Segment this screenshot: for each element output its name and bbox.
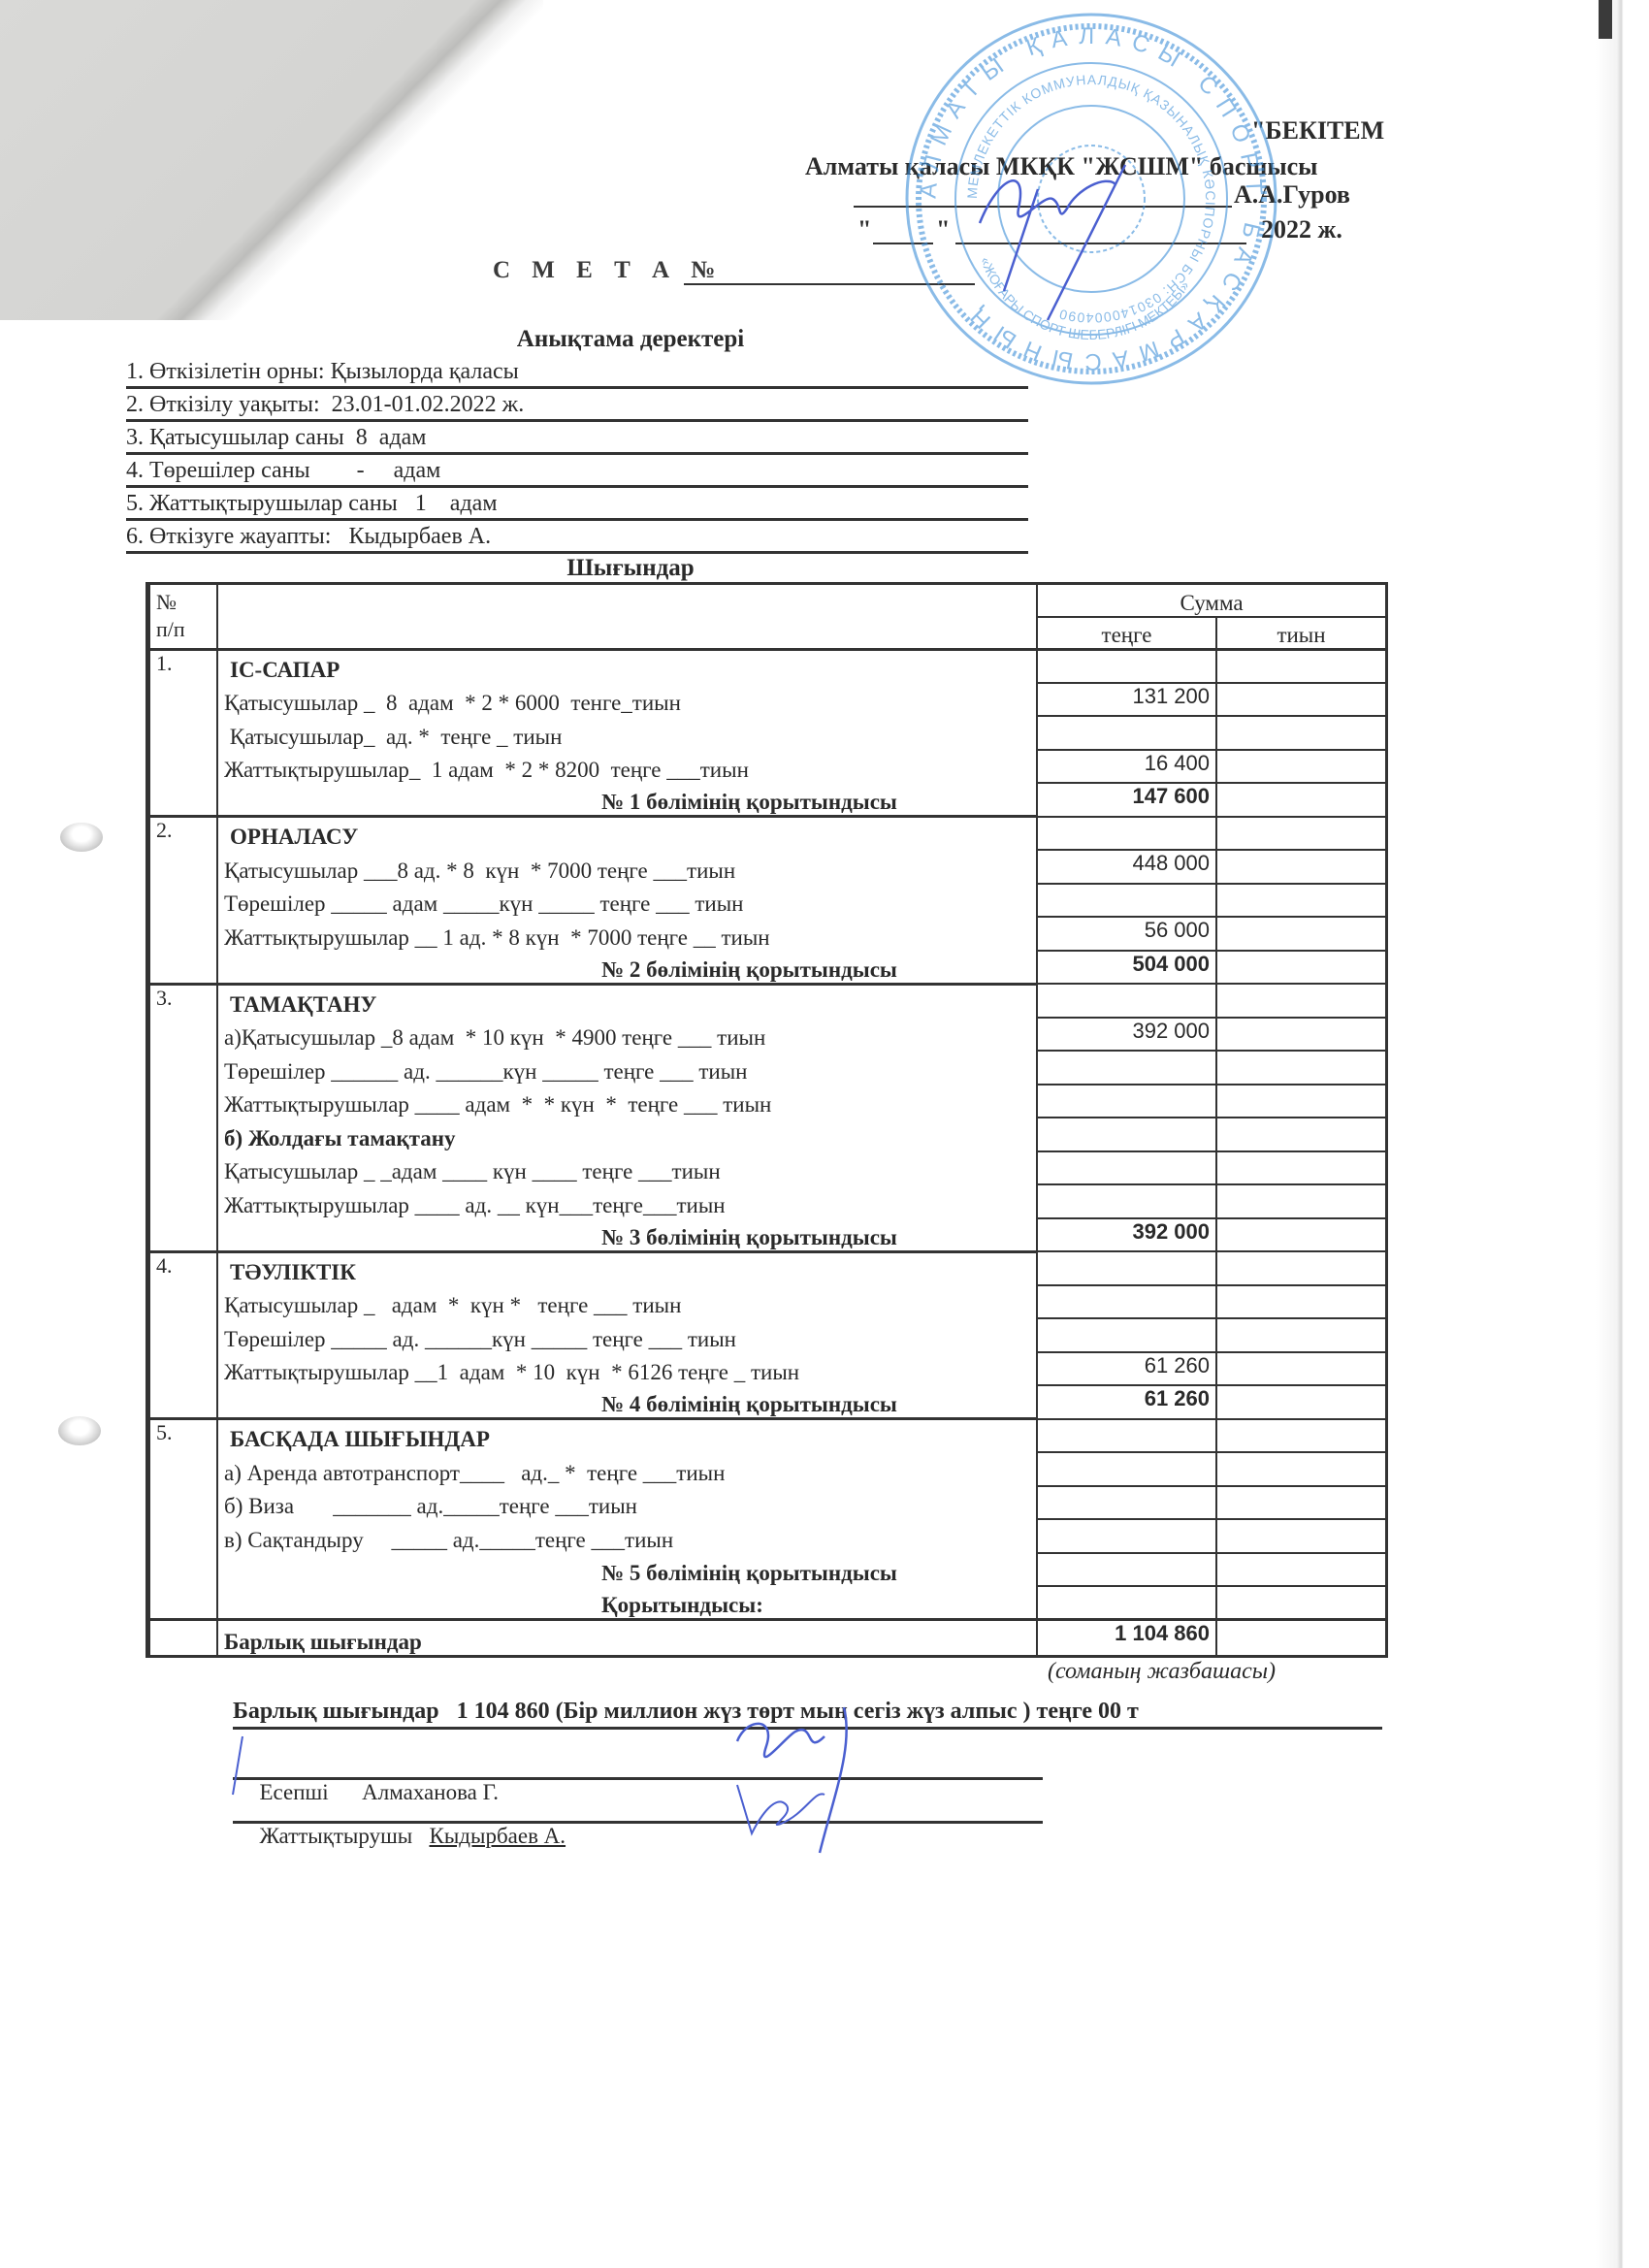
written-sum-line: Барлық шығындар 1 104 860 (Бір миллион ж… <box>233 1696 1382 1730</box>
row-number <box>149 1452 217 1486</box>
row-amount-tenge <box>1037 1553 1216 1587</box>
table-row: в) Сақтандыру _____ ад._____теңге ___тиы… <box>149 1519 1386 1553</box>
row-section-title: БАСҚАДА ШЫҒЫНДАР <box>217 1419 1037 1453</box>
grand-total-row: Барлық шығындар 1 104 860 <box>149 1620 1386 1655</box>
punch-hole-bottom <box>58 1416 101 1445</box>
approval-position: Алматы қаласы МКҚК "ЖСШМ" басшысы <box>805 152 1317 181</box>
document-title: С М Е Т А № <box>493 257 723 284</box>
approval-year: 2022 ж. <box>1261 215 1342 244</box>
row-amount-tenge <box>1037 1085 1216 1118</box>
row-number <box>149 1285 217 1319</box>
row-amount-tiyn <box>1216 884 1386 918</box>
row-description: Жаттықтырушылар ____ ад. __ күн___теңге_… <box>217 1184 1037 1218</box>
row-amount-tiyn <box>1216 917 1386 951</box>
row-number: 5. <box>149 1419 217 1453</box>
row-number <box>149 1352 217 1386</box>
row-amount-tenge <box>1037 1452 1216 1486</box>
table-row: а)Қатысушылар _8 адам * 10 күн * 4900 те… <box>149 1018 1386 1052</box>
row-number <box>149 1586 217 1620</box>
row-subtotal-label: № 5 бөлімінің қорытындысы <box>217 1553 1037 1587</box>
row-amount-tenge <box>1037 1151 1216 1185</box>
row-number <box>149 683 217 717</box>
row-description: а)Қатысушылар _8 адам * 10 күн * 4900 те… <box>217 1018 1037 1052</box>
row-number <box>149 884 217 918</box>
written-sum-caption: (соманың жазбашасы) <box>1048 1659 1276 1685</box>
punch-hole-top <box>60 823 103 852</box>
official-stamp-icon: АЛМАТЫ ҚАЛАСЫ СПОРТ БАСҚАРМАСЫНЫҢ МЕМЛЕК… <box>907 15 1276 383</box>
row-amount-tiyn <box>1216 1419 1386 1453</box>
row-amount-tiyn <box>1216 1118 1386 1151</box>
table-row: № 5 бөлімінің қорытындысы <box>149 1553 1386 1587</box>
row-amount-tiyn <box>1216 1318 1386 1352</box>
table-row: Төрешілер _____ адам _____күн _____ теңг… <box>149 884 1386 918</box>
table-row: Жаттықтырушылар __1 адам * 10 күн * 6126… <box>149 1352 1386 1386</box>
row-amount-tiyn <box>1216 1085 1386 1118</box>
row-subtotal-label: № 3 бөлімінің қорытындысы <box>217 1218 1037 1252</box>
row-amount-tenge <box>1037 1586 1216 1620</box>
table-row: б) Виза _______ ад._____теңге ___тиын <box>149 1486 1386 1520</box>
row-amount-tiyn <box>1216 1352 1386 1386</box>
row-description: б) Жолдағы тамақтану <box>217 1118 1037 1151</box>
info-line: 5. Жаттықтырушылар саны 1 адам <box>126 489 1028 521</box>
info-line: 2. Өткізілу уақыты: 23.01-01.02.2022 ж. <box>126 390 1028 422</box>
svg-text:АЛМАТЫ ҚАЛАСЫ СПОРТ БАСҚАРМАСЫ: АЛМАТЫ ҚАЛАСЫ СПОРТ БАСҚАРМАСЫНЫҢ <box>915 23 1267 374</box>
row-amount-tenge <box>1037 1051 1216 1085</box>
row-amount-tiyn <box>1216 817 1386 851</box>
row-section-title: ІС-САПАР <box>217 649 1037 683</box>
row-number <box>149 783 217 817</box>
row-description: Жаттықтырушылар __1 адам * 10 күн * 6126… <box>217 1352 1037 1386</box>
row-number: 2. <box>149 817 217 851</box>
table-row: Қорытындысы: <box>149 1586 1386 1620</box>
row-subtotal-label: № 1 бөлімінің қорытындысы <box>217 783 1037 817</box>
row-amount-tiyn <box>1216 683 1386 717</box>
row-amount-tenge: 56 000 <box>1037 917 1216 951</box>
row-amount-tiyn <box>1216 1486 1386 1520</box>
row-description: Төрешілер _____ адам _____күн _____ теңг… <box>217 884 1037 918</box>
row-description: Қатысушылар_ ад. * теңге _ тиын <box>217 716 1037 750</box>
row-description: Жаттықтырушылар __ 1 ад. * 8 күн * 7000 … <box>217 917 1037 951</box>
row-description: Қатысушылар _ адам * күн * теңге ___ тиы… <box>217 1285 1037 1319</box>
row-amount-tenge <box>1037 649 1216 683</box>
row-amount-tenge: 392 000 <box>1037 1018 1216 1052</box>
row-amount-tiyn <box>1216 1151 1386 1185</box>
info-heading: Анықтама деректері <box>427 326 834 353</box>
signature-name: Кыдырбаев А. <box>430 1824 566 1848</box>
info-line: 4. Төрешілер саны - адам <box>126 456 1028 488</box>
row-number <box>149 1118 217 1151</box>
row-number <box>149 1318 217 1352</box>
row-amount-tenge <box>1037 1184 1216 1218</box>
row-amount-tenge: 61 260 <box>1037 1352 1216 1386</box>
row-amount-tenge <box>1037 1419 1216 1453</box>
row-number <box>149 1385 217 1419</box>
row-number: 3. <box>149 984 217 1018</box>
row-description: Жаттықтырушылар ____ адам * * күн * теңг… <box>217 1085 1037 1118</box>
row-amount-tiyn <box>1216 1519 1386 1553</box>
approval-title: "БЕКІТЕМ <box>1251 116 1384 146</box>
row-number <box>149 951 217 985</box>
row-amount-tiyn <box>1216 649 1386 683</box>
row-description: а) Аренда автотранспорт____ ад._ * теңге… <box>217 1452 1037 1486</box>
row-description: в) Сақтандыру _____ ад._____теңге ___тиы… <box>217 1519 1037 1553</box>
row-amount-tiyn <box>1216 1553 1386 1587</box>
table-row: Қатысушылар _ _адам ____ күн ____ теңге … <box>149 1151 1386 1185</box>
approval-signature-line <box>854 206 1232 208</box>
column-header-tiyn: тиын <box>1216 617 1386 649</box>
row-amount-tenge <box>1037 1285 1216 1319</box>
column-header-sum: Сумма <box>1037 585 1386 617</box>
row-amount-tiyn <box>1216 1251 1386 1285</box>
row-number <box>149 1085 217 1118</box>
row-number <box>149 1486 217 1520</box>
row-amount-tiyn <box>1216 1385 1386 1419</box>
table-row: № 1 бөлімінің қорытындысы147 600 <box>149 783 1386 817</box>
row-description: Төрешілер _____ ад. ______күн _____ теңг… <box>217 1318 1037 1352</box>
row-amount-tenge <box>1037 984 1216 1018</box>
row-amount-tiyn <box>1216 1586 1386 1620</box>
table-row: Қатысушылар_ ад. * теңге _ тиын <box>149 716 1386 750</box>
row-amount-tiyn <box>1216 951 1386 985</box>
row-amount-tenge: 131 200 <box>1037 683 1216 717</box>
row-number <box>149 850 217 884</box>
row-number <box>149 1519 217 1553</box>
table-row: 1.ІС-САПАР <box>149 649 1386 683</box>
grand-total-tenge: 1 104 860 <box>1037 1620 1216 1655</box>
table-row: Қатысушылар _ адам * күн * теңге ___ тиы… <box>149 1285 1386 1319</box>
approval-name: А.А.Гуров <box>1234 180 1350 210</box>
table-row: № 4 бөлімінің қорытындысы61 260 <box>149 1385 1386 1419</box>
folded-corner-shadow <box>0 0 543 320</box>
row-description: Төрешілер ______ ад. ______күн _____ тең… <box>217 1051 1037 1085</box>
page-edge-mark <box>1599 0 1612 39</box>
row-amount-tenge: 504 000 <box>1037 951 1216 985</box>
row-description: Қатысушылар _ _адам ____ күн ____ теңге … <box>217 1151 1037 1185</box>
page-edge-shadow <box>1596 0 1649 2268</box>
info-line: 3. Қатысушылар саны 8 адам <box>126 423 1028 455</box>
row-number <box>149 1151 217 1185</box>
table-row: Жаттықтырушылар_ 1 адам * 2 * 8200 теңге… <box>149 750 1386 784</box>
table-row: б) Жолдағы тамақтану <box>149 1118 1386 1151</box>
row-amount-tiyn <box>1216 1051 1386 1085</box>
row-amount-tiyn <box>1216 1018 1386 1052</box>
expenses-table: № п/п Сумма теңге тиын 1.ІС-САПАРҚатысуш… <box>145 582 1388 1658</box>
row-number <box>149 1553 217 1587</box>
column-header-number: № п/п <box>149 585 217 649</box>
row-amount-tenge <box>1037 1519 1216 1553</box>
signature-coach: Жаттықтырушы Кыдырбаев А. <box>233 1790 1043 1824</box>
row-description: Қатысушылар _ 8 адам * 2 * 6000 тенге_ти… <box>217 683 1037 717</box>
table-row: № 3 бөлімінің қорытындысы392 000 <box>149 1218 1386 1252</box>
row-number <box>149 1018 217 1052</box>
info-line: 6. Өткізуге жауапты: Кыдырбаев А. <box>126 522 1028 554</box>
row-description: Қатысушылар ___8 ад. * 8 күн * 7000 теңг… <box>217 850 1037 884</box>
row-section-title: ТӘУЛІКТІК <box>217 1251 1037 1285</box>
row-number <box>149 1184 217 1218</box>
row-amount-tiyn <box>1216 716 1386 750</box>
row-amount-tenge <box>1037 1486 1216 1520</box>
table-row: Жаттықтырушылар ____ ад. __ күн___теңге_… <box>149 1184 1386 1218</box>
row-amount-tenge: 147 600 <box>1037 783 1216 817</box>
row-section-title: ОРНАЛАСУ <box>217 817 1037 851</box>
row-amount-tiyn <box>1216 1184 1386 1218</box>
row-amount-tenge <box>1037 817 1216 851</box>
table-row: № 2 бөлімінің қорытындысы504 000 <box>149 951 1386 985</box>
svg-text:МЕМЛЕКЕТТІК КОММУНАЛДЫҚ ҚАЗЫНА: МЕМЛЕКЕТТІК КОММУНАЛДЫҚ ҚАЗЫНАЛЫҚ КӘСІПО… <box>964 72 1218 326</box>
row-number <box>149 1051 217 1085</box>
table-row: 3.ТАМАҚТАНУ <box>149 984 1386 1018</box>
row-amount-tenge: 392 000 <box>1037 1218 1216 1252</box>
row-amount-tenge <box>1037 1118 1216 1151</box>
approval-month-line <box>955 243 1246 244</box>
row-amount-tiyn <box>1216 750 1386 784</box>
row-amount-tenge <box>1037 884 1216 918</box>
table-row: а) Аренда автотранспорт____ ад._ * теңге… <box>149 1452 1386 1486</box>
row-amount-tiyn <box>1216 1285 1386 1319</box>
row-number: 4. <box>149 1251 217 1285</box>
table-row: Төрешілер _____ ад. ______күн _____ теңг… <box>149 1318 1386 1352</box>
table-row: 2.ОРНАЛАСУ <box>149 817 1386 851</box>
row-amount-tiyn <box>1216 783 1386 817</box>
row-amount-tenge <box>1037 1251 1216 1285</box>
table-row: Жаттықтырушылар __ 1 ад. * 8 күн * 7000 … <box>149 917 1386 951</box>
signature-accountant: Есепші Алмаханова Г. <box>233 1746 1043 1780</box>
row-amount-tiyn <box>1216 984 1386 1018</box>
table-row: Қатысушылар _ 8 адам * 2 * 6000 тенге_ти… <box>149 683 1386 717</box>
row-amount-tiyn <box>1216 850 1386 884</box>
row-number <box>149 750 217 784</box>
info-line: 1. Өткізілетін орны: Қызылорда қаласы <box>126 357 1028 389</box>
svg-text:«ЖОҒАРЫ СПОРТ ШЕБЕРЛІГІ МЕКТЕБ: «ЖОҒАРЫ СПОРТ ШЕБЕРЛІГІ МЕКТЕБІ» <box>978 255 1192 342</box>
row-amount-tenge <box>1037 1318 1216 1352</box>
row-number <box>149 1218 217 1252</box>
table-row: Төрешілер ______ ад. ______күн _____ тең… <box>149 1051 1386 1085</box>
table-row: 5.БАСҚАДА ШЫҒЫНДАР <box>149 1419 1386 1453</box>
table-row: 4.ТӘУЛІКТІК <box>149 1251 1386 1285</box>
grand-total-label: Барлық шығындар <box>217 1620 1037 1655</box>
row-subtotal-label: Қорытындысы: <box>217 1586 1037 1620</box>
document-number-line <box>684 283 975 285</box>
row-amount-tenge <box>1037 716 1216 750</box>
table-row: Жаттықтырушылар ____ адам * * күн * теңг… <box>149 1085 1386 1118</box>
row-number: 1. <box>149 649 217 683</box>
row-amount-tenge: 61 260 <box>1037 1385 1216 1419</box>
row-description: Жаттықтырушылар_ 1 адам * 2 * 8200 теңге… <box>217 750 1037 784</box>
signature-role: Жаттықтырушы <box>244 1824 413 1848</box>
row-amount-tenge: 16 400 <box>1037 750 1216 784</box>
row-description: б) Виза _______ ад._____теңге ___тиын <box>217 1486 1037 1520</box>
approval-day-line <box>873 243 933 244</box>
column-header-description <box>217 585 1037 649</box>
approval-date-open-quote: " <box>857 215 871 244</box>
row-section-title: ТАМАҚТАНУ <box>217 984 1037 1018</box>
table-row: Қатысушылар ___8 ад. * 8 күн * 7000 теңг… <box>149 850 1386 884</box>
row-subtotal-label: № 4 бөлімінің қорытындысы <box>217 1385 1037 1419</box>
row-amount-tenge: 448 000 <box>1037 850 1216 884</box>
row-amount-tiyn <box>1216 1452 1386 1486</box>
row-number <box>149 917 217 951</box>
expenses-heading: Шығындар <box>427 555 834 582</box>
column-header-tenge: теңге <box>1037 617 1216 649</box>
approval-date-close-quote: " <box>936 215 950 244</box>
row-number <box>149 716 217 750</box>
row-subtotal-label: № 2 бөлімінің қорытындысы <box>217 951 1037 985</box>
row-amount-tiyn <box>1216 1218 1386 1252</box>
